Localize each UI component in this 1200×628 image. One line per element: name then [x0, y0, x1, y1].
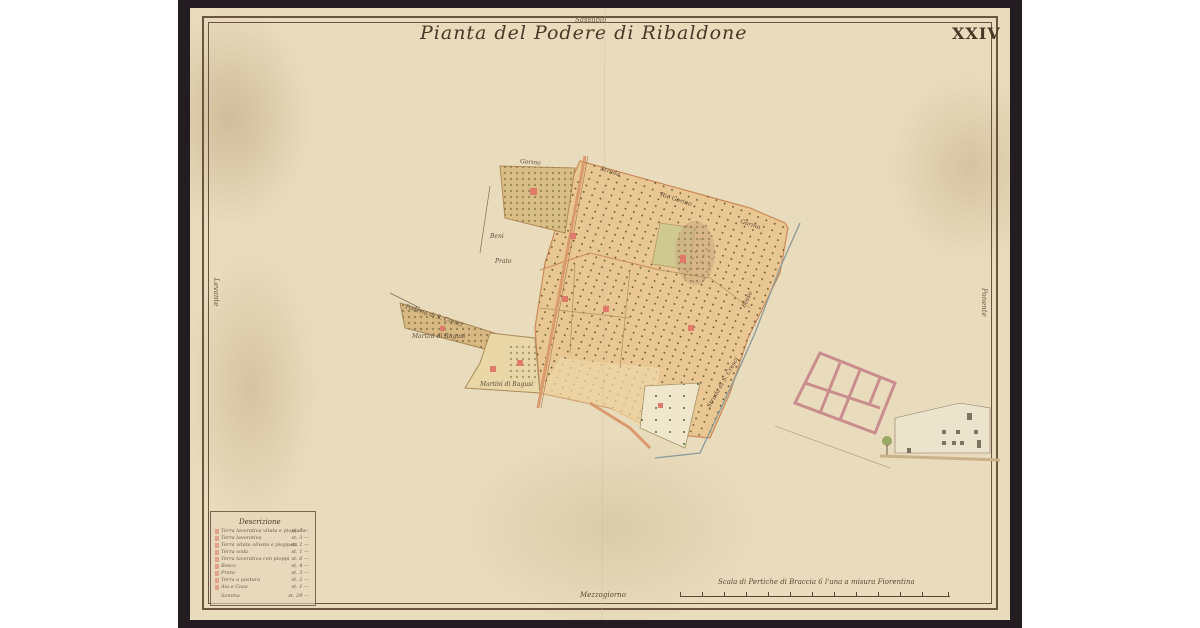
map-sheet: Pianta del Podere di Ribaldone Sassuolo …: [190, 8, 1010, 620]
map-legend: Descrizione Terra lavorativa vitata e pi…: [210, 511, 316, 606]
svg-text:Gorino: Gorino: [520, 158, 542, 167]
legend-title: Descrizione: [239, 518, 281, 526]
building-elevation: [880, 403, 1000, 460]
building-floor-plan: [795, 353, 895, 433]
svg-text:Beni: Beni: [489, 233, 504, 240]
scale-bar: [680, 590, 950, 597]
legend-row: Aia e Casast. 1 —: [215, 584, 311, 592]
svg-text:Prato: Prato: [494, 258, 512, 265]
scale-caption: Scala di Pertiche di Braccia 6 l'una a m…: [718, 578, 915, 586]
west-strip: [400, 303, 540, 393]
svg-text:Martini di Ragusi: Martini di Ragusi: [411, 333, 465, 340]
compass-label-south: Mezzogiorno: [580, 591, 626, 599]
legend-total-row: Sommast. 29 —: [215, 593, 311, 601]
svg-text:Martini di Ragusi: Martini di Ragusi: [479, 381, 533, 388]
